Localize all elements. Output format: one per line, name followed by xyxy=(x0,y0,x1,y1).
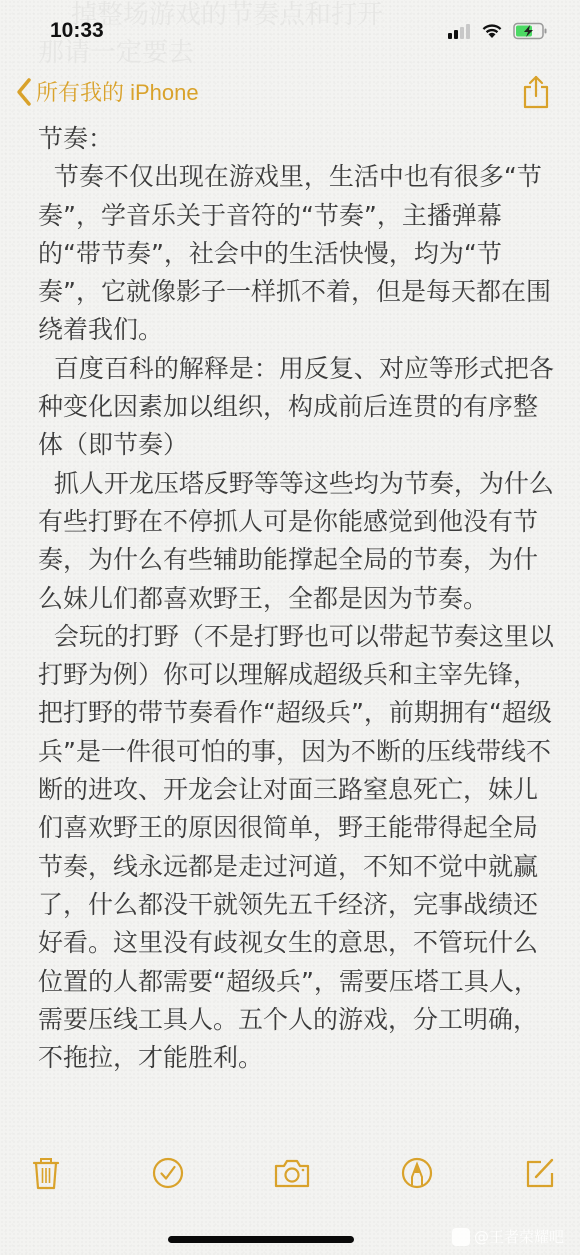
back-label: 所有我的 iPhone xyxy=(36,76,199,107)
watermark-logo-icon xyxy=(452,1228,470,1246)
note-paragraph: 百度百科的解释是：用反复、对应等形式把各种变化因素加以组织，构成前后连贯的有序整… xyxy=(38,350,558,465)
bottom-toolbar xyxy=(0,1150,580,1200)
checkmark-circle-icon xyxy=(151,1156,185,1190)
cellular-signal-icon xyxy=(448,24,470,39)
home-indicator[interactable] xyxy=(168,1236,354,1243)
markup-pen-icon xyxy=(400,1156,434,1190)
checklist-button[interactable] xyxy=(148,1150,188,1196)
watermark: @王者荣耀吧 xyxy=(452,1226,564,1247)
status-time: 10:33 xyxy=(50,19,104,43)
chevron-left-icon xyxy=(16,77,32,107)
back-button[interactable]: 所有我的 iPhone xyxy=(16,76,199,107)
share-icon xyxy=(520,74,552,110)
trash-icon xyxy=(30,1155,62,1191)
compose-icon xyxy=(523,1156,557,1190)
wifi-icon xyxy=(480,21,504,39)
markup-button[interactable] xyxy=(397,1150,437,1196)
status-bar: 10:33 xyxy=(0,0,580,60)
delete-button[interactable] xyxy=(26,1150,66,1196)
camera-icon xyxy=(273,1157,311,1189)
note-body[interactable]: 节奏： 节奏不仅出现在游戏里，生活中也有很多“节奏”，学音乐关于音符的“节奏”，… xyxy=(38,120,558,1077)
camera-button[interactable] xyxy=(272,1150,312,1196)
note-heading: 节奏： xyxy=(38,120,558,158)
watermark-text: @王者荣耀吧 xyxy=(474,1226,564,1247)
share-button[interactable] xyxy=(520,74,552,114)
battery-charging-icon xyxy=(513,22,549,40)
compose-button[interactable] xyxy=(520,1150,560,1196)
note-paragraph: 节奏不仅出现在游戏里，生活中也有很多“节奏”，学音乐关于音符的“节奏”，主播弹幕… xyxy=(38,158,558,349)
note-paragraph: 会玩的打野（不是打野也可以带起节奏这里以打野为例）你可以理解成超级兵和主宰先锋，… xyxy=(38,618,558,1078)
note-paragraph: 抓人开龙压塔反野等等这些均为节奏，为什么有些打野在不停抓人可是你能感觉到他没有节… xyxy=(38,465,558,618)
navigation-bar: 所有我的 iPhone xyxy=(0,70,580,116)
